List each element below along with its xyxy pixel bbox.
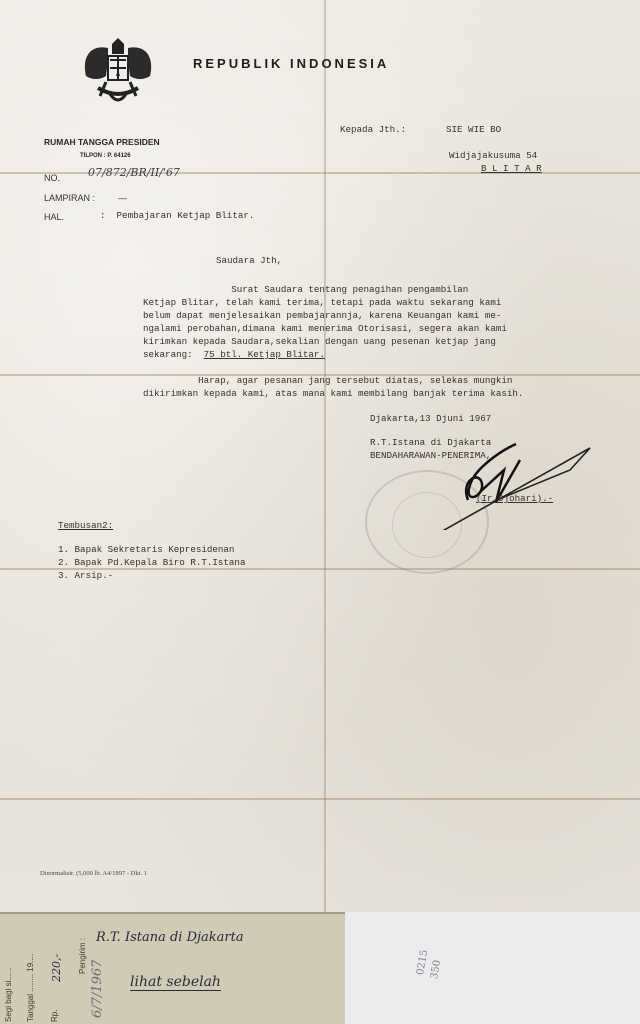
organization-name: RUMAH TANGGA PRESIDEN xyxy=(44,137,160,147)
letter-paper: REPUBLIK INDONESIA RUMAH TANGGA PRESIDEN… xyxy=(0,0,640,912)
order-quantity: 75 btl. Ketjap Blitar. xyxy=(204,349,325,360)
body-line: sekarang: 75 btl. Ketjap Blitar. xyxy=(143,349,325,360)
slip-sideline: Segi bagi si...... xyxy=(4,967,13,1022)
telephone: TILPON : P. 64126 xyxy=(80,153,131,159)
slip-amount: 220,- xyxy=(50,954,63,982)
recipient-street: Widjajakusuma 54 xyxy=(449,150,537,161)
reference-number: 07/872/BR/II/'67 xyxy=(88,166,180,179)
closing-line: dikirimkan kepada kami, atas mana kami m… xyxy=(143,388,523,399)
order-prefix: sekarang: xyxy=(143,349,193,360)
slip-rp-label: Rp. xyxy=(50,1010,59,1022)
receipt-slip: Segi bagi si...... Tanggal ........ 19..… xyxy=(0,912,345,1024)
place-date: Djakarta,13 Djuni 1967 xyxy=(370,413,491,424)
slip-handwritten-date: 6/7/1967 xyxy=(90,960,105,1018)
back-page-fragment: 0215 350 xyxy=(345,912,640,1024)
copies-heading: Tembusan2: xyxy=(58,520,113,531)
fold-line-horizontal xyxy=(0,798,640,800)
slip-handwritten-note: lihat sebelah xyxy=(130,974,221,991)
copy-item: 1. Bapak Sekretaris Kepresidenan xyxy=(58,544,234,555)
slip-sender-label: Pengirim : xyxy=(78,938,87,974)
hal-label: HAL. xyxy=(44,212,64,222)
lampiran-value: — xyxy=(118,193,127,203)
handwritten-signature-icon xyxy=(420,440,600,530)
print-note: Dinormalisir. (5,000 lb. A4/1897 - Dkt. … xyxy=(40,870,147,877)
lampiran-label: LAMPIRAN : xyxy=(44,193,95,203)
recipient-label: Kepada Jth.: xyxy=(340,124,406,135)
recipient-name: SIE WIE BO xyxy=(446,124,501,135)
no-label: NO. xyxy=(44,173,60,183)
body-line: belum dapat menjelesaikan pembajarannja,… xyxy=(143,310,501,321)
pencil-note: 350 xyxy=(429,959,443,980)
recipient-city: B L I T A R xyxy=(481,163,542,174)
slip-handwritten-office: R.T. Istana di Djakarta xyxy=(96,930,244,945)
copy-item: 3. Arsip.- xyxy=(58,570,113,581)
body-line: ngalami perobahan,dimana kami menerima O… xyxy=(143,323,507,334)
body-line: kirimkan kepada Saudara,sekalian dengan … xyxy=(143,336,496,347)
garuda-emblem-icon xyxy=(78,30,158,110)
salutation: Saudara Jth, xyxy=(216,255,282,266)
body-line: Ketjap Blitar, telah kami terima, tetapi… xyxy=(143,297,501,308)
subject: : Pembajaran Ketjap Blitar. xyxy=(100,210,254,221)
pencil-note: 0215 xyxy=(415,949,430,976)
country-title: REPUBLIK INDONESIA xyxy=(193,56,389,71)
body-line: Surat Saudara tentang penagihan pengambi… xyxy=(143,284,468,295)
fold-line-vertical xyxy=(324,0,326,912)
slip-date-label: Tanggal ........ 19.... xyxy=(26,954,35,1022)
closing-line: Harap, agar pesanan jang tersebut diatas… xyxy=(143,375,512,386)
copy-item: 2. Bapak Pd.Kepala Biro R.T.Istana xyxy=(58,557,245,568)
signatory-name: (Ir.Djohari).- xyxy=(476,493,553,504)
